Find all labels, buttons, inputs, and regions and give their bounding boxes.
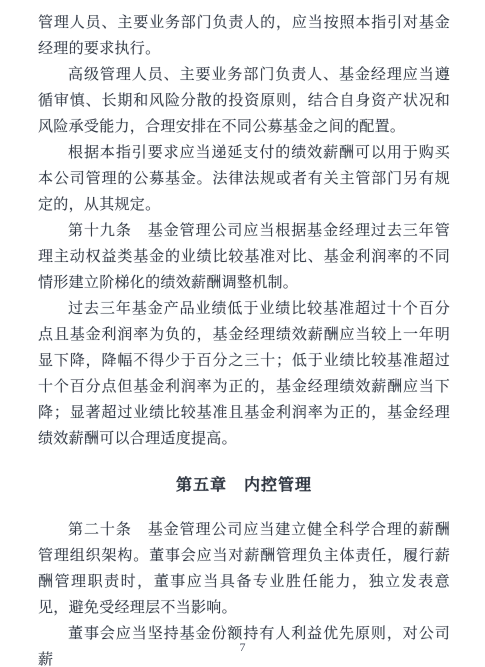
document-page: 管理人员、主要业务部门负责人的，应当按照本指引对基金经理的要求执行。 高级管理人… [0,0,485,667]
paragraph-deferred-pay: 根据本指引要求应当递延支付的绩效薪酬可以用于购买本公司管理的公募基金。法律法规或… [38,140,450,218]
paragraph-article-19: 第十九条 基金管理公司应当根据基金经理过去三年管理主动权益类基金的业绩比较基准对… [38,218,450,296]
paragraph-senior-management: 高级管理人员、主要业务部门负责人、基金经理应当遵循审慎、长期和风险分散的投资原则… [38,62,450,140]
page-number: 7 [0,640,485,655]
paragraph-continuation: 管理人员、主要业务部门负责人的，应当按照本指引对基金经理的要求执行。 [38,10,450,62]
paragraph-article-20: 第二十条 基金管理公司应当建立健全科学合理的薪酬管理组织架构。董事会应当对薪酬管… [38,517,450,621]
chapter-heading: 第五章 内控管理 [38,473,450,499]
paragraph-performance-adjustment: 过去三年基金产品业绩低于业绩比较基准超过十个百分点且基金利润率为负的，基金经理绩… [38,296,450,452]
